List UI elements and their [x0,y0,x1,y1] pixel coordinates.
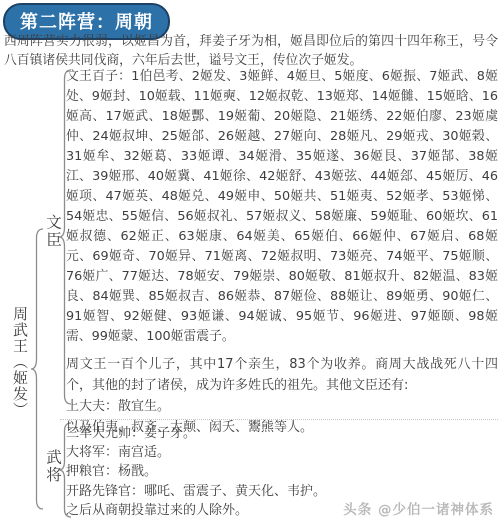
civil-officials-section: 文王百子：1伯邑考、2姬发、3姬鲜、4姬旦、5姬度、6姬振、7姬武、8姬处、9姬… [66,67,498,438]
general-line: 大将军：南宫适。 [66,443,498,462]
watermark: 头条 @少伯一诸神体系 [343,498,494,518]
zhou-dynasty-infographic: 第二阵营：周朝 西周阵营实力很弱，以姬昌为首，拜姜子牙为相，姬昌即位后的第四十四… [0,0,500,524]
marshal-line: 三军大元帅：姜子牙。 [66,424,498,443]
intro-text: 西周阵营实力很弱，以姬昌为首，拜姜子牙为相，姬昌即位后的第四十四年称王，号令八百… [4,33,498,70]
hundred-sons-list: 文王百子：1伯邑考、2姬发、3姬鲜、4姬旦、5姬度、6姬振、7姬武、8姬处、9姬… [66,67,498,347]
senior-minister-line: 上大夫：散宜生。 [66,396,498,417]
grain-officer-line: 押粮官：杨戬。 [66,462,498,481]
root-node-label: 周武王（姬发） [9,306,31,436]
sons-summary-text: 周文王一百个儿子，其中17个亲生，83个为收养。商周大战战死八十四个，其他的封了… [66,354,498,396]
section-divider [60,419,498,420]
